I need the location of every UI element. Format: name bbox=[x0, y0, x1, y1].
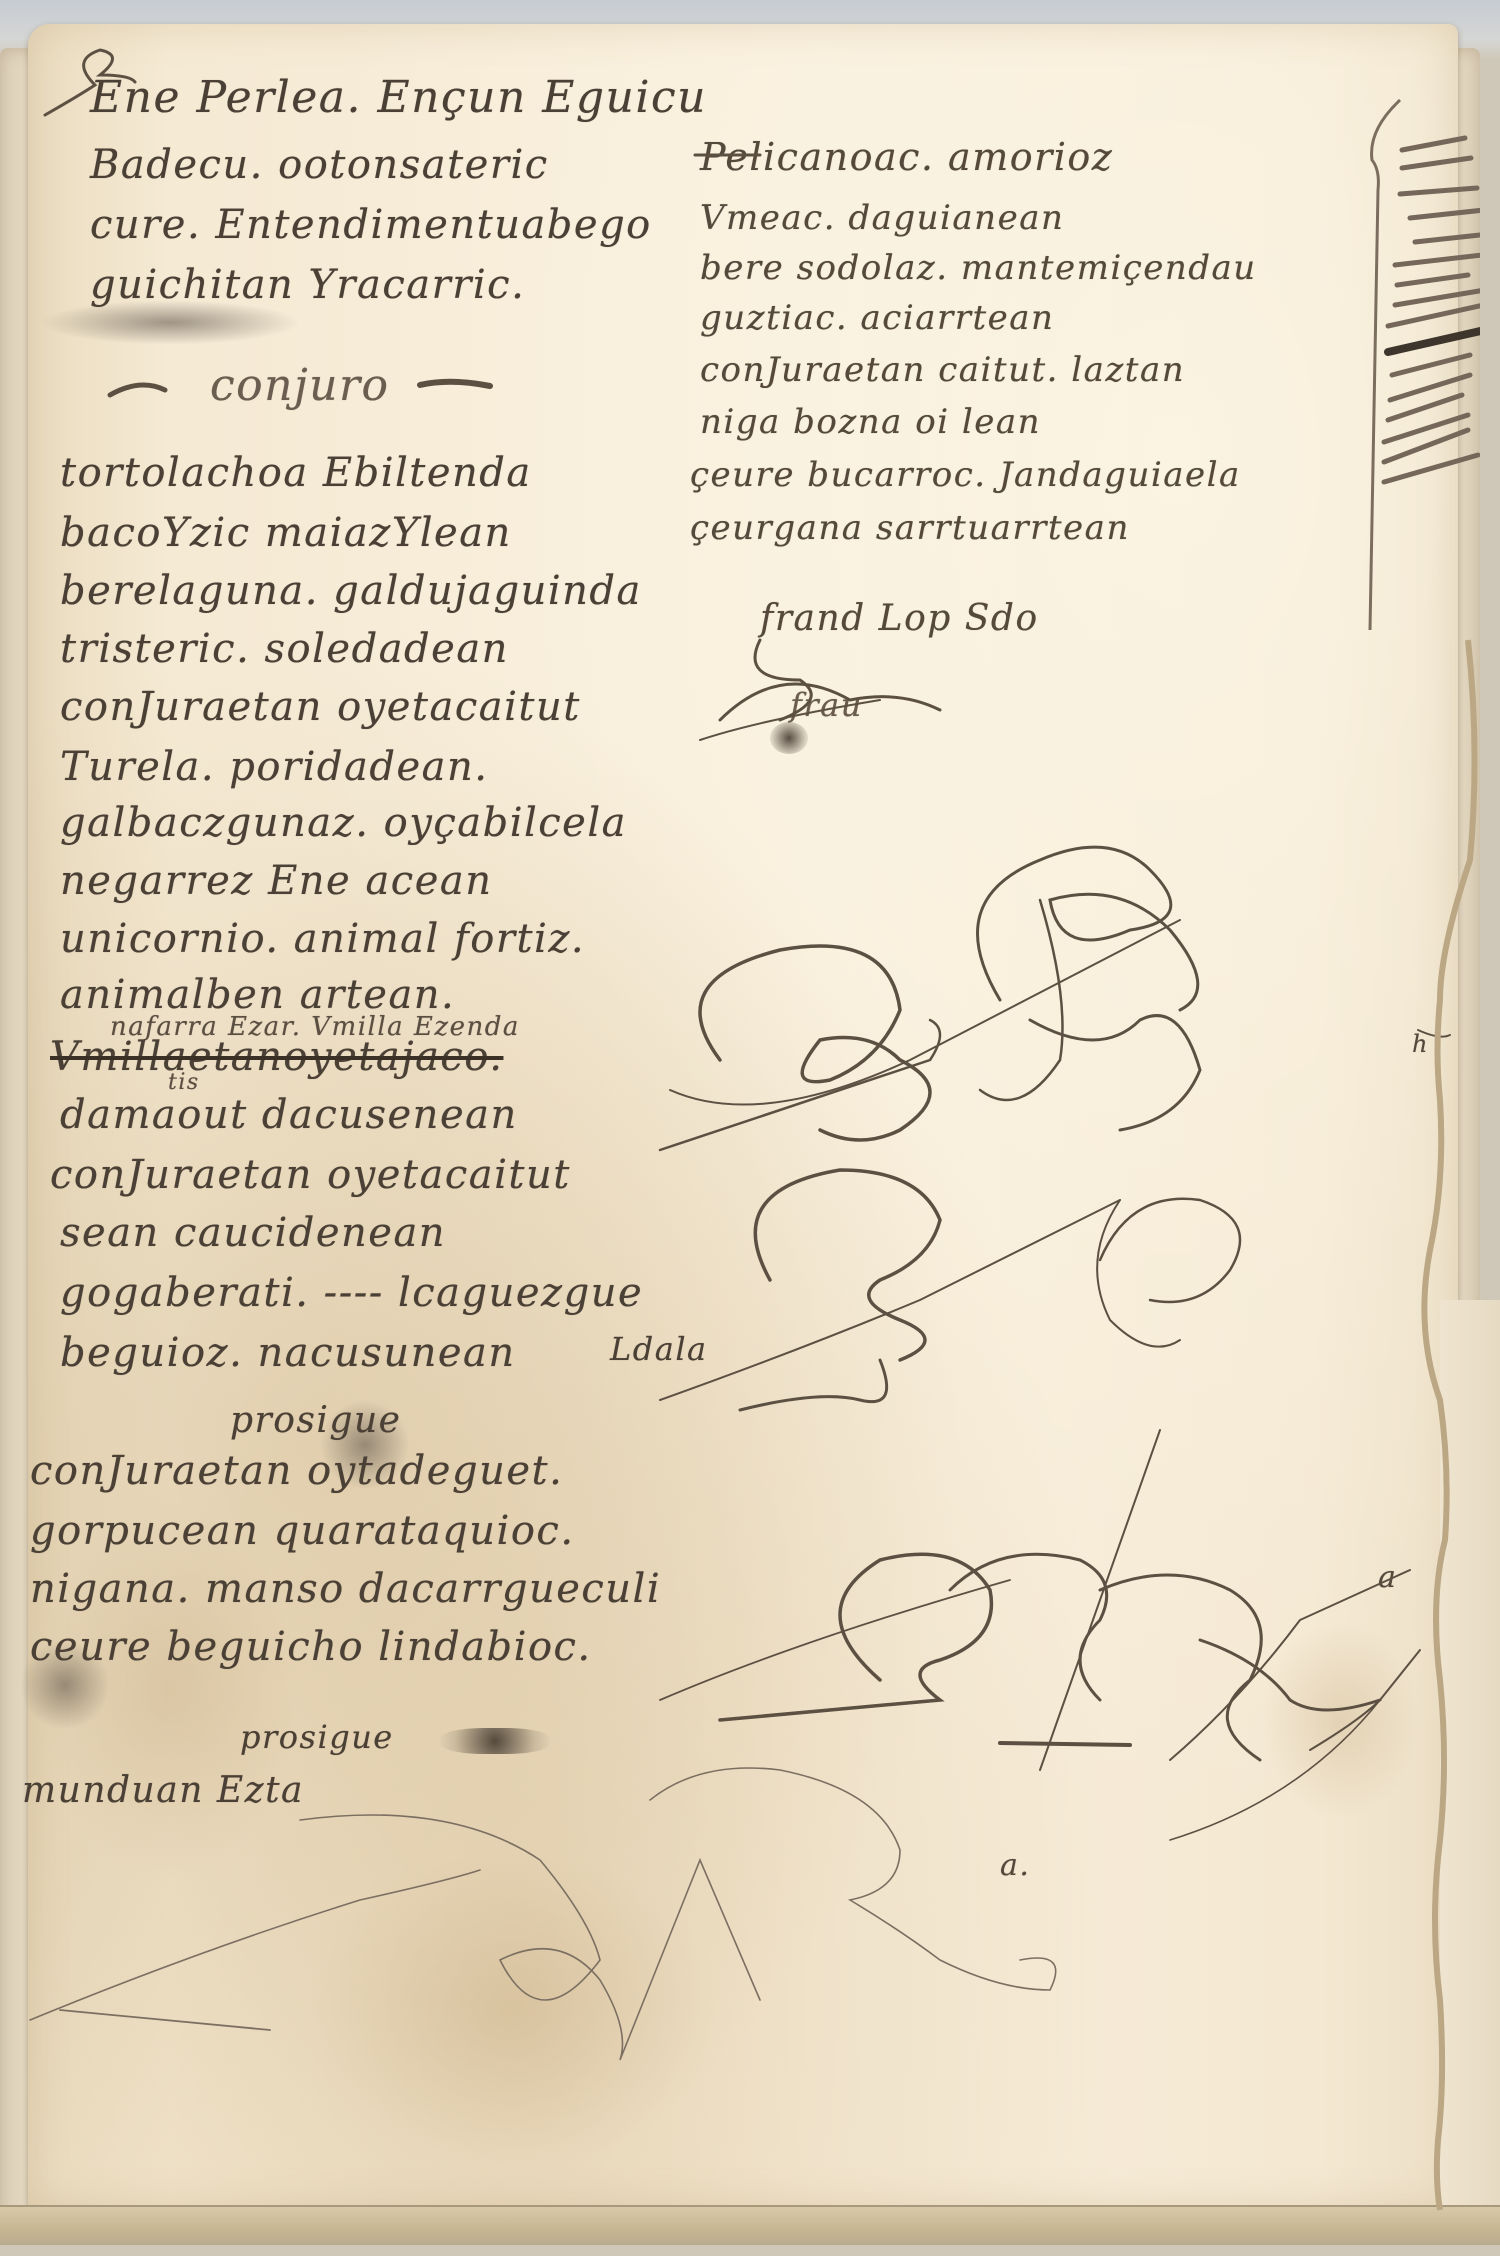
verse-line: guztiac. aciarrtean bbox=[700, 298, 1054, 338]
margin-bracket bbox=[1370, 100, 1400, 630]
section-heading: conjuro bbox=[210, 360, 389, 411]
verse-line: bacoYzic maiazYlean bbox=[60, 510, 512, 556]
verse-line: ceure beguicho lindabioc. bbox=[30, 1624, 592, 1670]
signature: frand Lop Sdo bbox=[760, 598, 1039, 639]
intro-line: cure. Entendimentuabego bbox=[90, 202, 652, 248]
verse-line: unicornio. animal fortiz. bbox=[60, 916, 585, 962]
tally-strokes bbox=[1384, 138, 1480, 482]
verse-line: niga bozna oi lean bbox=[700, 402, 1041, 442]
stray-letter: a bbox=[1378, 1560, 1397, 1595]
verse-line: gorpucean quarataquioc. bbox=[30, 1508, 575, 1554]
verse-line: Turela. poridadean. bbox=[60, 744, 488, 790]
verse-line: galbaczgunaz. oyçabilcela bbox=[60, 800, 627, 846]
verse-line: conJuraetan oytadeguet. bbox=[30, 1448, 563, 1494]
side-note: Ldala bbox=[610, 1330, 708, 1368]
struck-line: Vmillaetanoyetajaco. bbox=[50, 1034, 503, 1080]
subheading-prosigue: prosigue bbox=[230, 1400, 401, 1441]
tally-marks bbox=[1340, 90, 1480, 650]
stray-letter: a. bbox=[1000, 1848, 1030, 1883]
verse-line: Vmeac. daguianean bbox=[700, 198, 1064, 238]
verse-line: sean caucidenean bbox=[60, 1210, 446, 1256]
stray-letter: h bbox=[1412, 1030, 1429, 1058]
verse-line: çeurgana sarrtuarrtean bbox=[690, 508, 1130, 548]
verse-line: beguioz. nacusunean bbox=[60, 1330, 516, 1376]
intro-line: Badecu. ootonsateric bbox=[90, 142, 549, 188]
verse-line: conJuraetan caitut. laztan bbox=[700, 350, 1185, 390]
verse-line: bere sodolaz. mantemiçendau bbox=[700, 248, 1257, 288]
verse-line: tristeric. soledadean bbox=[60, 626, 509, 672]
intro-line: guichitan Yracarric. bbox=[90, 262, 525, 308]
book-bottom-edge bbox=[0, 2205, 1500, 2245]
manuscript-scan: Ene Perlea. Ençun Eguicu Badecu. ootonsa… bbox=[0, 0, 1500, 2256]
verse-line: conJuraetan oyetacaitut bbox=[50, 1152, 571, 1198]
verse-line: damaout dacusenean bbox=[60, 1092, 518, 1138]
water-stain bbox=[300, 1850, 720, 2170]
verse-line: negarrez Ene acean bbox=[60, 858, 492, 904]
subheading-prosigue: prosigue bbox=[240, 1718, 394, 1756]
verse-line: çeure bucarroc. Jandaguiaela bbox=[690, 455, 1241, 495]
verse-line: berelaguna. galdujaguinda bbox=[60, 568, 642, 614]
water-stain bbox=[1260, 1620, 1420, 1820]
next-page-edge bbox=[1440, 1300, 1500, 2210]
ink-blot bbox=[770, 722, 808, 754]
verse-line: nigana. manso dacarrgueculi bbox=[30, 1566, 661, 1612]
verse-line: gogaberati. ---- lcaguezgue bbox=[60, 1270, 643, 1316]
verse-line: conJuraetan oyetacaitut bbox=[60, 684, 581, 730]
intro-line: Ene Perlea. Ençun Eguicu bbox=[90, 72, 707, 123]
verse-line: Pelicanoac. amorioz bbox=[700, 135, 1113, 179]
closing-line: munduan Ezta bbox=[22, 1770, 304, 1811]
ink-blot bbox=[440, 1728, 550, 1754]
signature: frau bbox=[790, 686, 863, 724]
verse-line: tortolachoa Ebiltenda bbox=[60, 450, 532, 496]
